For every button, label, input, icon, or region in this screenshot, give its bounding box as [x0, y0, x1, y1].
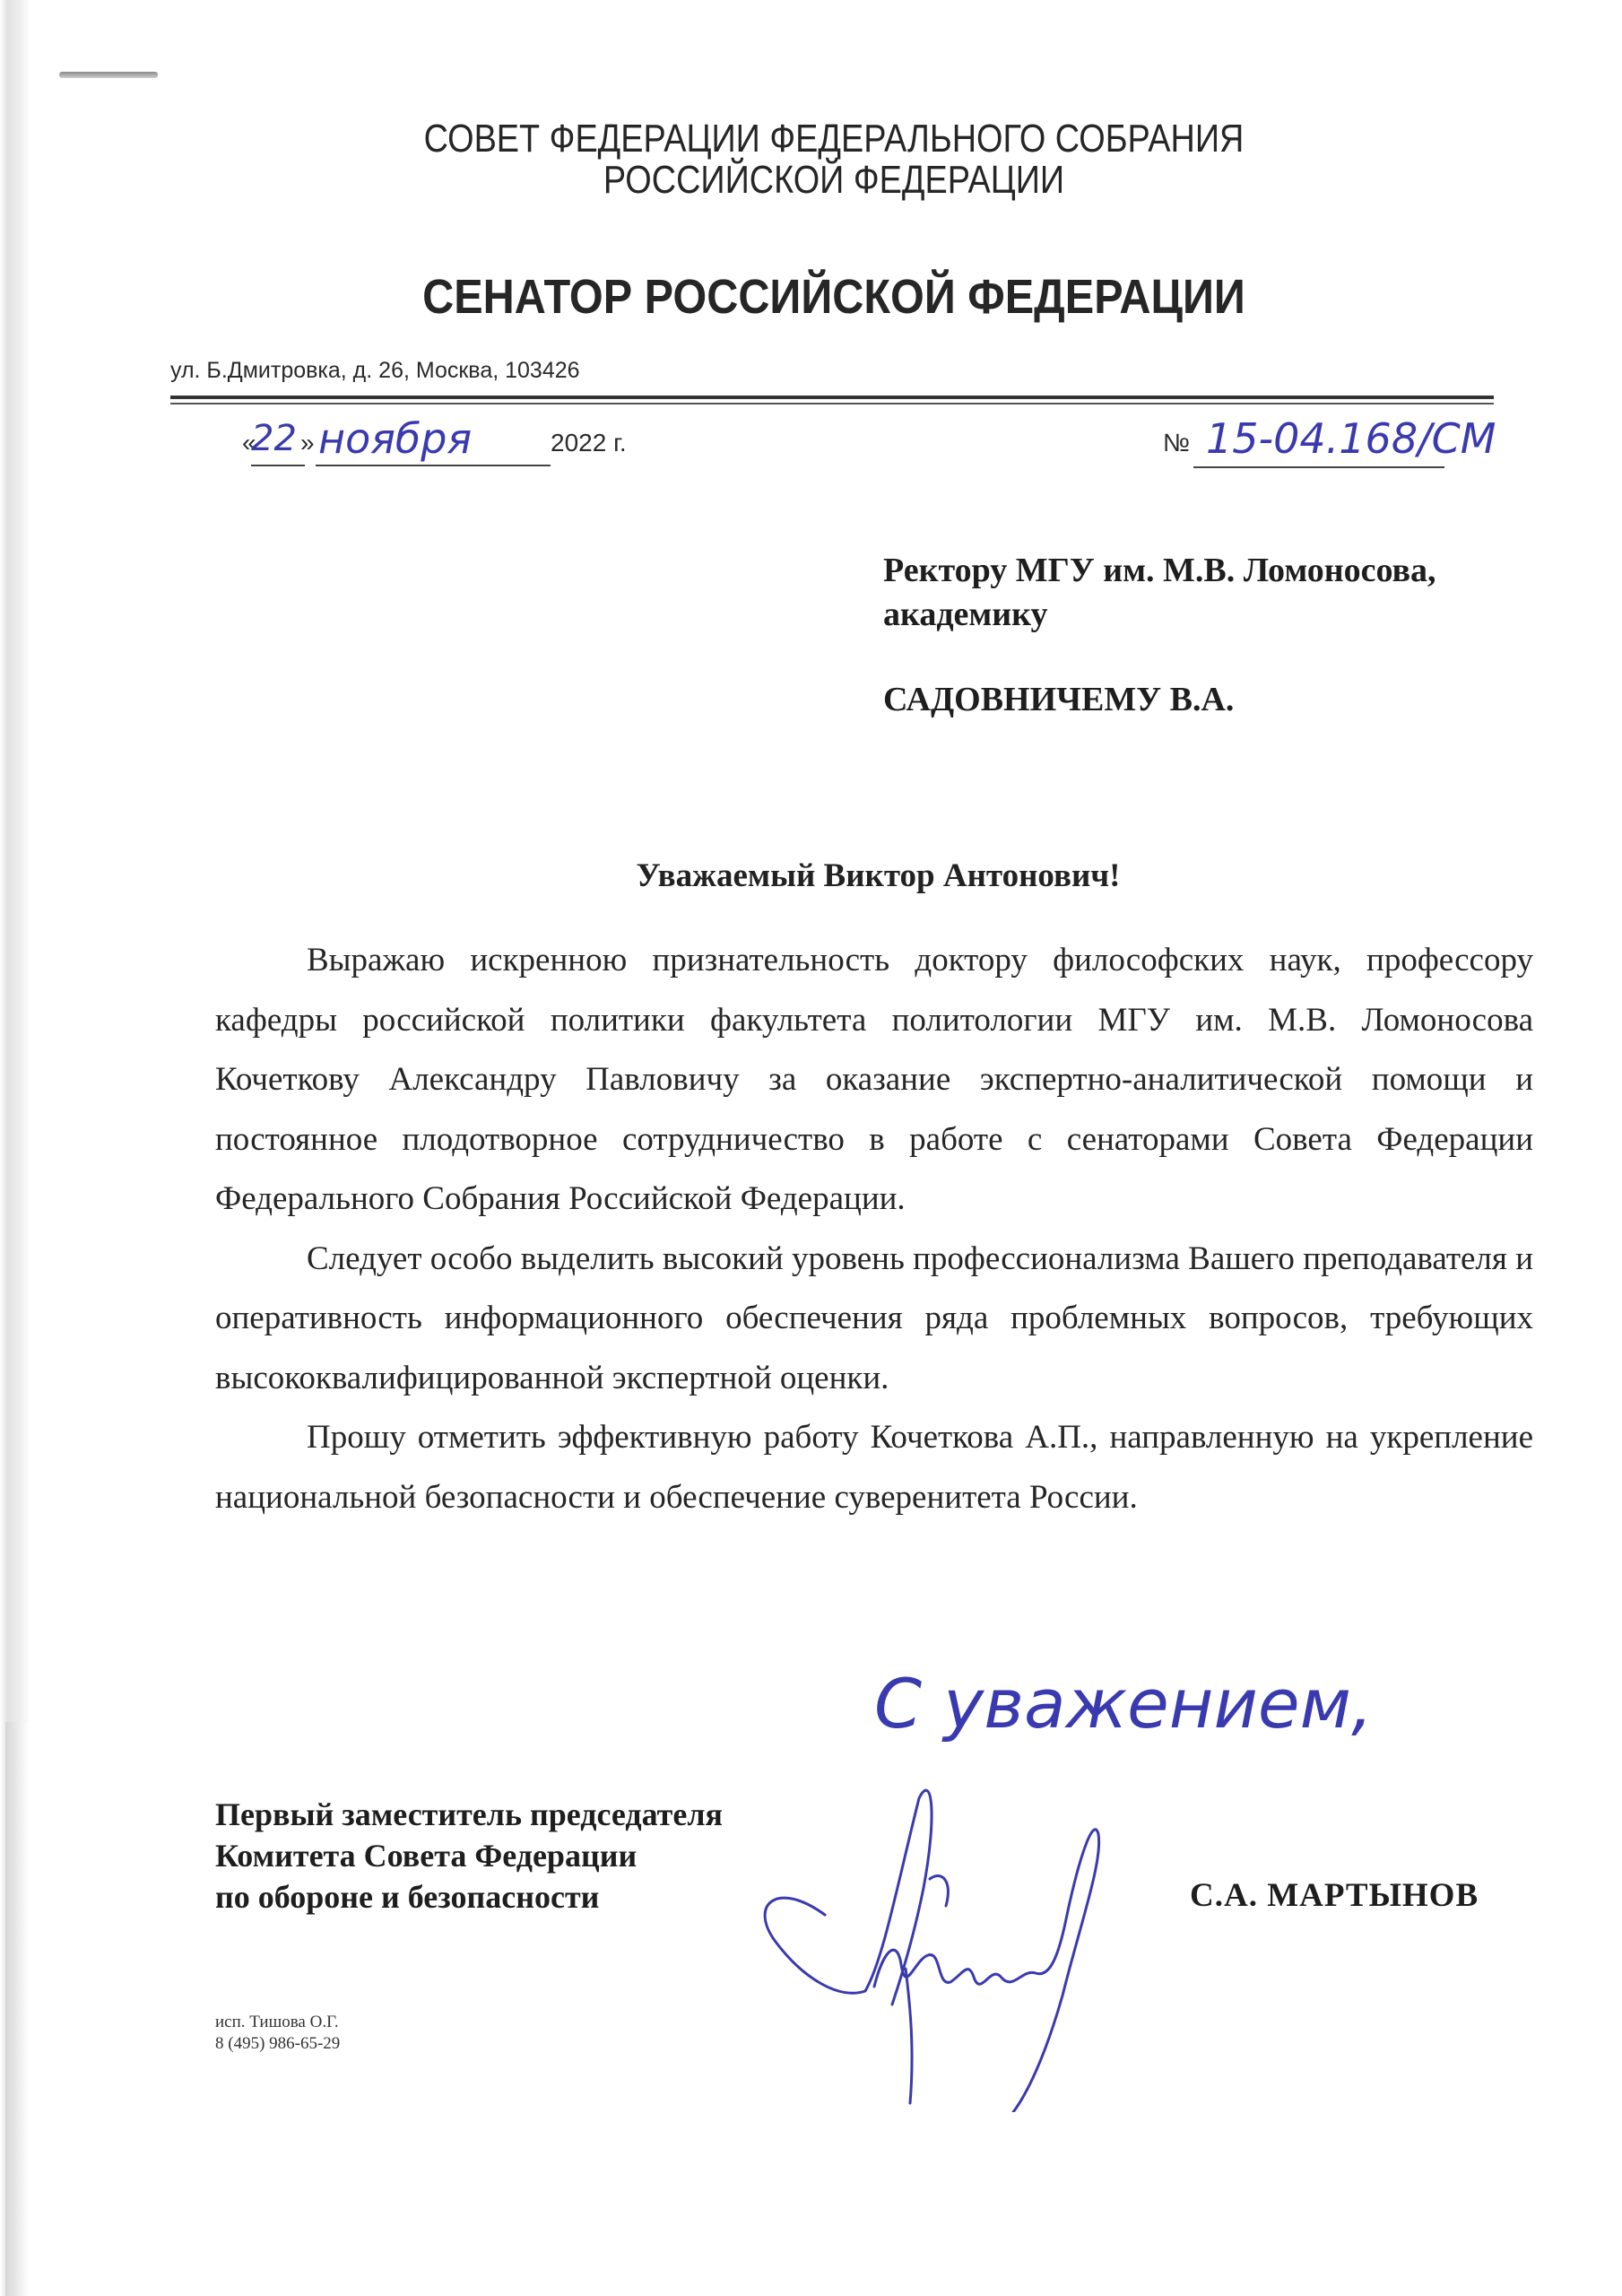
addressee-title: академику — [883, 595, 1048, 634]
executor-name: исп. Тишова О.Г. — [215, 2012, 340, 2033]
date-day-underline — [251, 465, 305, 466]
org-name-line1: СОВЕТ ФЕДЕРАЦИИ ФЕДЕРАЛЬНОГО СОБРАНИЯ — [117, 117, 1551, 161]
date-month-handwritten: ноября — [318, 414, 472, 463]
closing-handwritten: С уважением, — [874, 1664, 1373, 1744]
letter-body: Выражаю искренною признательность доктор… — [215, 931, 1533, 1527]
doc-number-handwritten: 15-04.168/СМ — [1206, 414, 1496, 463]
salutation: Уважаемый Виктор Антонович! — [0, 857, 1622, 895]
body-paragraph: Прошу отметить эффективную работу Кочетк… — [215, 1408, 1533, 1527]
doc-number-underline — [1193, 466, 1444, 468]
date-day-handwritten: 22 — [251, 418, 297, 459]
executor-info: исп. Тишова О.Г. 8 (495) 986-65-29 — [215, 2012, 340, 2055]
body-paragraph: Следует особо выделить высокий уровень п… — [215, 1230, 1533, 1409]
date-year: 2022 г. — [551, 429, 627, 457]
header-rule-thin — [170, 403, 1494, 404]
org-name-line2: РОССИЙСКОЙ ФЕДЕРАЦИИ — [117, 158, 1551, 203]
handwritten-signature-icon — [740, 1780, 1242, 2112]
signatory-title-line: по обороне и безопасности — [215, 1876, 723, 1918]
doc-number-label: № — [1163, 429, 1190, 457]
addressee-position: Ректору МГУ им. М.В. Ломоносова, — [883, 551, 1436, 590]
date-close-quote: » — [300, 429, 315, 457]
header-rule-thick — [170, 396, 1494, 399]
letterhead-address: ул. Б.Дмитровка, д. 26, Москва, 103426 — [170, 358, 580, 384]
scan-edge-shadow-lower — [5, 1722, 29, 2296]
executor-phone: 8 (495) 986-65-29 — [215, 2033, 340, 2055]
signatory-title: Первый заместитель председателя Комитета… — [215, 1794, 723, 1918]
letterhead-title: СЕНАТОР РОССИЙСКОЙ ФЕДЕРАЦИИ — [83, 269, 1584, 325]
body-paragraph: Выражаю искренною признательность доктор… — [215, 931, 1533, 1230]
addressee-name: САДОВНИЧЕМУ В.А. — [883, 680, 1234, 719]
signatory-title-line: Комитета Совета Федерации — [215, 1835, 723, 1876]
signatory-name: С.А. МАРТЫНОВ — [1190, 1876, 1479, 1915]
signatory-title-line: Первый заместитель председателя — [215, 1794, 723, 1835]
date-month-underline — [316, 465, 551, 466]
staple-mark — [59, 72, 158, 78]
